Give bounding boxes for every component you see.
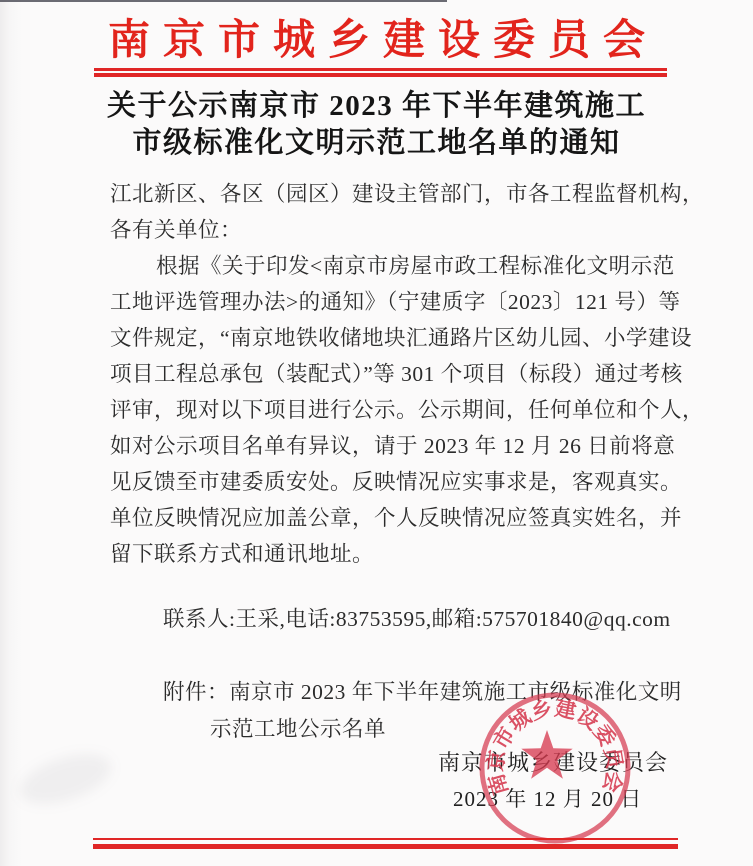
body-line: 评审，现对以下项目进行公示。公示期间，任何单位和个人， (110, 392, 670, 428)
body-line: 见反馈至市建委质安处。反映情况应实事求是，客观真实。 (110, 464, 670, 500)
body-line: 工地评选管理办法>的通知》（宁建质字〔2023〕121 号）等 (110, 284, 670, 320)
scanned-notice-page: 南京市城乡建设委员会 关于公示南京市 2023 年下半年建筑施工 市级标准化文明… (0, 0, 753, 866)
document-title: 关于公示南京市 2023 年下半年建筑施工 市级标准化文明示范工地名单的通知 (0, 88, 753, 162)
scan-smudge-artifact (14, 744, 117, 813)
footer-rule-bottom (93, 844, 678, 849)
seal-ring-text: 南京市城乡建设委员会 (483, 696, 627, 798)
footer-rule-top (93, 838, 678, 840)
document-title-line-1: 关于公示南京市 2023 年下半年建筑施工 (0, 88, 753, 125)
letterhead-double-rule (94, 68, 667, 77)
footer-double-rule (93, 838, 678, 849)
official-seal-stamp-icon: 南京市城乡建设委员会 (475, 692, 635, 852)
body-line: 文件规定，“南京地铁收储地块汇通路片区幼儿园、小学建设 (110, 320, 670, 356)
document-title-line-2: 市级标准化文明示范工地名单的通知 (0, 125, 753, 162)
salutation-line-2: 各有关单位： (110, 212, 670, 248)
letterhead-rule-top (94, 68, 667, 71)
letterhead-rule-bottom (94, 73, 667, 77)
contact-info-line: 联系人:王采,电话:83753595,邮箱:575701840@qq.com (163, 602, 671, 633)
body-line: 留下联系方式和通讯地址。 (110, 536, 670, 572)
salutation-line-1: 江北新区、各区（园区）建设主管部门，市各工程监督机构， (110, 176, 670, 212)
body-line: 单位反映情况应加盖公章，个人反映情况应签真实姓名，并 (110, 500, 670, 536)
document-body: 江北新区、各区（园区）建设主管部门，市各工程监督机构， 各有关单位： 根据《关于… (110, 176, 670, 572)
scan-edge-artifact (0, 0, 447, 2)
seal-star-icon (521, 730, 572, 779)
letterhead-org-name: 南京市城乡建设委员会 (0, 7, 753, 67)
body-line: 根据《关于印发<南京市房屋市政工程标准化文明示范 (110, 248, 670, 284)
body-line: 如对公示项目名单有异议，请于 2023 年 12 月 26 日前将意 (110, 428, 670, 464)
body-line: 项目工程总承包（装配式）”等 301 个项目（标段）通过考核 (110, 356, 670, 392)
